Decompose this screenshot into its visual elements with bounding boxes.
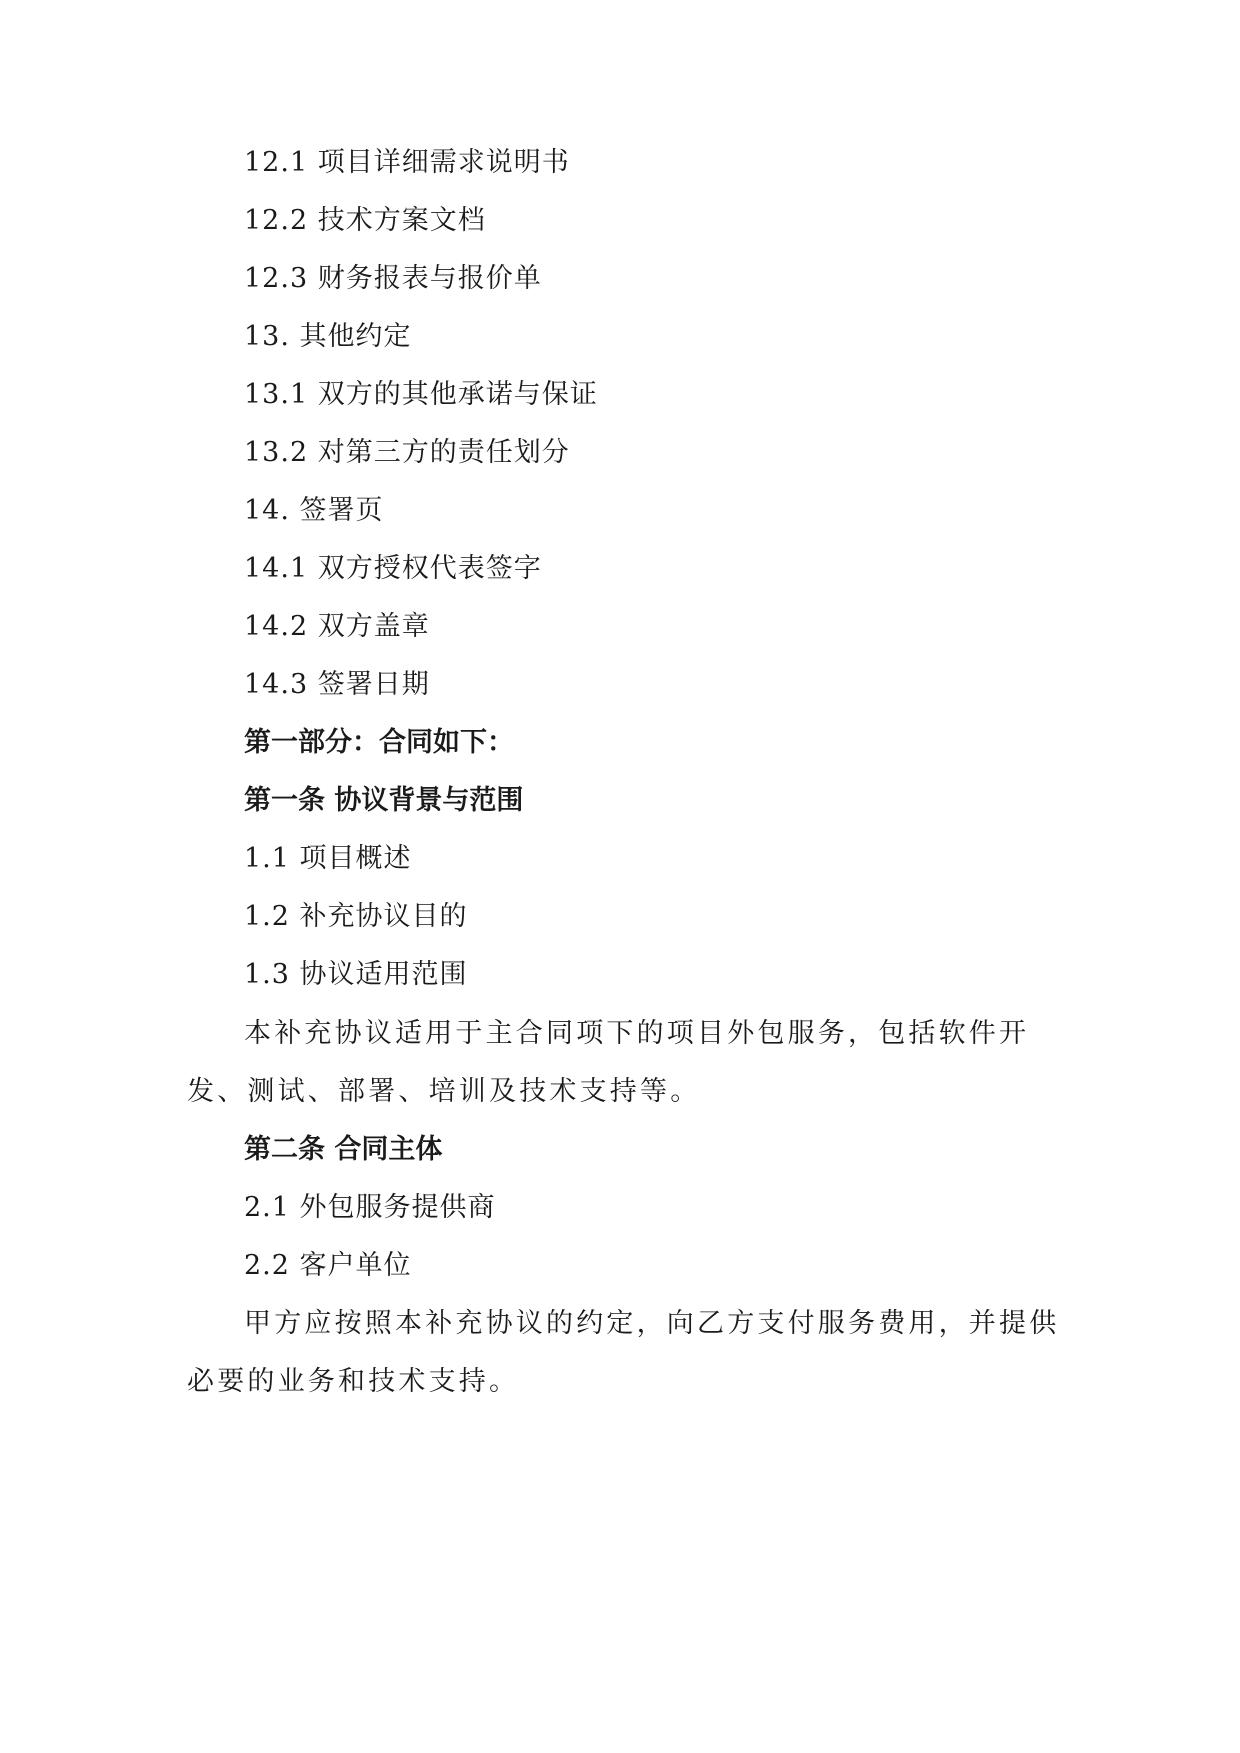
toc-item-12-2: 12.2 技术方案文档 — [244, 203, 486, 239]
clause-1-1: 1.1 项目概述 — [244, 841, 412, 877]
document-page: 12.1 项目详细需求说明书 12.2 技术方案文档 12.3 财务报表与报价单… — [0, 0, 1240, 1753]
clause-1-3: 1.3 协议适用范围 — [244, 957, 468, 993]
toc-item-12-1: 12.1 项目详细需求说明书 — [244, 145, 570, 181]
toc-item-14-2: 14.2 双方盖章 — [244, 609, 430, 645]
article-one-heading: 第一条 协议背景与范围 — [244, 783, 523, 819]
paragraph-scope-line-1: 本补充协议适用于主合同项下的项目外包服务，包括软件开 — [244, 1016, 1029, 1052]
toc-item-14-1: 14.1 双方授权代表签字 — [244, 551, 542, 587]
toc-item-12-3: 12.3 财务报表与报价单 — [244, 261, 542, 297]
paragraph-payment-line-1: 甲方应按照本补充协议的约定，向乙方支付服务费用，并提供 — [244, 1306, 1059, 1342]
toc-section-14: 14. 签署页 — [244, 493, 384, 529]
toc-item-13-2: 13.2 对第三方的责任划分 — [244, 435, 570, 471]
clause-2-2: 2.2 客户单位 — [244, 1248, 412, 1284]
toc-section-13: 13. 其他约定 — [244, 319, 412, 355]
toc-item-13-1: 13.1 双方的其他承诺与保证 — [244, 377, 598, 413]
part-one-heading: 第一部分：合同如下： — [244, 725, 514, 761]
paragraph-scope-line-2: 发、测试、部署、培训及技术支持等。 — [187, 1074, 700, 1110]
clause-1-2: 1.2 补充协议目的 — [244, 899, 468, 935]
toc-item-14-3: 14.3 签署日期 — [244, 667, 430, 703]
article-two-heading: 第二条 合同主体 — [244, 1132, 442, 1168]
clause-2-1: 2.1 外包服务提供商 — [244, 1190, 496, 1226]
paragraph-payment-line-2: 必要的业务和技术支持。 — [187, 1364, 519, 1400]
